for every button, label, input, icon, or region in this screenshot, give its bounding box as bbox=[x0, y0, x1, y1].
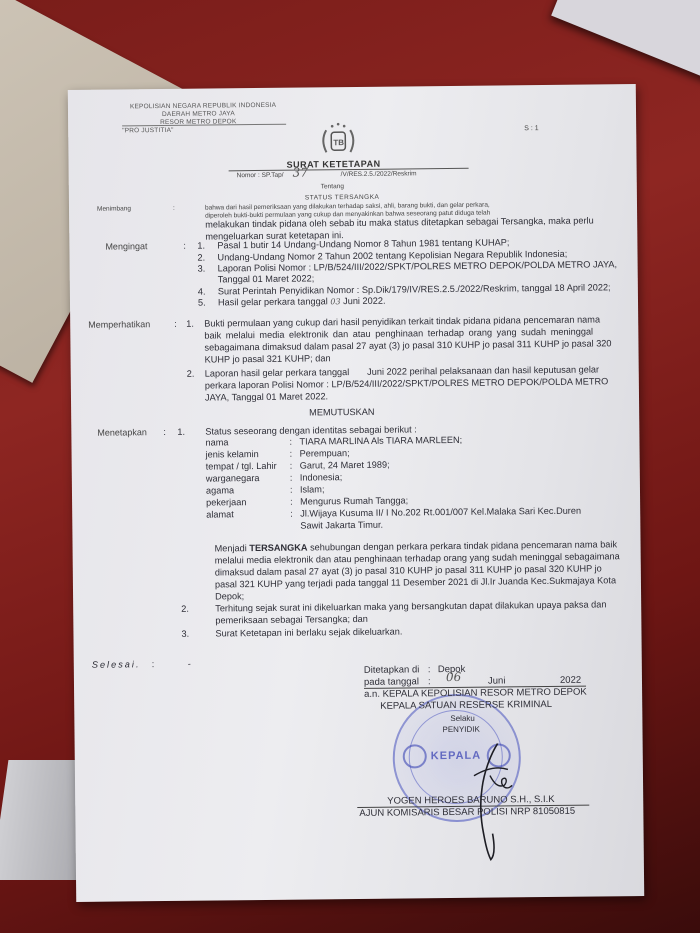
memperhatikan-line: JAYA, Tanggal 01 Maret 2022. bbox=[205, 391, 328, 404]
unit-line: KEPALA SATUAN RESERSE KRIMINAL bbox=[380, 699, 552, 712]
item-text: Juni 2022. bbox=[340, 296, 385, 306]
police-emblem-icon: TB bbox=[318, 122, 358, 156]
menimbang-separator: : bbox=[173, 205, 175, 212]
identity-value: Indonesia; bbox=[300, 472, 343, 484]
menetapkan-label: Menetapkan bbox=[97, 427, 147, 438]
identity-field: tempat / tgl. Lahir bbox=[206, 461, 277, 473]
memperhatikan-line: KUHP jo pasal 321 KUHP; dan bbox=[205, 353, 331, 366]
place-separator: : bbox=[428, 664, 431, 676]
identity-value: Mengurus Rumah Tangga; bbox=[300, 495, 408, 508]
identity-field: nama bbox=[205, 437, 228, 449]
memperhatikan-item-number: 2. bbox=[187, 369, 195, 381]
item-text: Hasil gelar perkara tanggal bbox=[218, 296, 330, 307]
date-day-handwritten: 06 bbox=[446, 670, 461, 684]
identity-value: TIARA MARLINA Als TIARA MARLEEN; bbox=[299, 435, 462, 448]
menetapkan-item-continued: pemeriksaan sebagai Tersangka; dan bbox=[215, 614, 368, 627]
identity-field: warganegara bbox=[206, 473, 260, 485]
identity-value-continued: Sawit Jakarta Timur. bbox=[300, 520, 383, 532]
identity-field: jenis kelamin bbox=[206, 449, 259, 461]
identity-field: agama bbox=[206, 485, 234, 497]
mengingat-item-number: 1. bbox=[197, 241, 205, 253]
document-number-handwritten: 37 bbox=[293, 165, 308, 179]
identity-value: Islam; bbox=[300, 484, 325, 496]
menetapkan-item: Surat Ketetapan ini berlaku sejak dikelu… bbox=[215, 627, 402, 640]
identity-value: Perempuan; bbox=[300, 448, 350, 460]
selesai-label: Selesai. bbox=[92, 659, 141, 671]
menetapkan-item-number: 1. bbox=[177, 427, 185, 439]
role-label: PENYIDIK bbox=[442, 724, 479, 736]
date-month: Juni bbox=[488, 675, 506, 687]
identity-value: Garut, 24 Maret 1989; bbox=[300, 460, 390, 472]
paragraph-text: sehubungan dengan perkara perkara tindak… bbox=[307, 539, 617, 552]
memperhatikan-label: Memperhatikan bbox=[88, 319, 150, 330]
page-reference: S : 1 bbox=[524, 125, 538, 132]
stamp-emblem-icon bbox=[403, 744, 427, 768]
mengingat-item-number: 4. bbox=[198, 287, 206, 299]
document-number-prefix: Nomor : SP.Tap/ bbox=[237, 172, 284, 179]
mengingat-item-continued: Tanggal 01 Maret 2022; bbox=[218, 273, 315, 286]
mengingat-label: Mengingat bbox=[105, 241, 147, 251]
mengingat-item-number: 5. bbox=[198, 298, 206, 310]
mengingat-item: Hasil gelar perkara tanggal 03 Juni 2022… bbox=[218, 296, 386, 309]
mengingat-item-number: 2. bbox=[197, 253, 205, 265]
document-number-suffix: /V/RES.2.5./2022/Reskrim bbox=[341, 170, 417, 178]
date-separator: : bbox=[428, 676, 431, 688]
mengingat-item-number: 3. bbox=[198, 264, 206, 276]
paragraph-line: Depok; bbox=[215, 591, 244, 603]
pro-justitia: "PRO JUSTITIA" bbox=[122, 127, 174, 136]
menetapkan-item-number: 3. bbox=[181, 629, 189, 641]
memutuskan-heading: MEMUTUSKAN bbox=[309, 407, 374, 419]
menetapkan-item: Terhitung sejak surat ini dikeluarkan ma… bbox=[215, 599, 606, 615]
selesai-value: - bbox=[188, 659, 191, 671]
as-label: Selaku bbox=[450, 713, 475, 725]
menimbang-label: Menimbang bbox=[97, 205, 131, 212]
identity-field: pekerjaan bbox=[206, 497, 246, 509]
menetapkan-separator: : bbox=[163, 427, 166, 439]
memperhatikan-item-number: 1. bbox=[186, 319, 194, 331]
document-page: KEPOLISIAN NEGARA REPUBLIK INDONESIA DAE… bbox=[68, 84, 644, 902]
mengingat-separator: : bbox=[183, 241, 186, 253]
about-label: Tentang bbox=[321, 183, 344, 190]
handwritten-date: 03 bbox=[330, 297, 340, 306]
on-behalf-line: a.n. KEPALA KEPOLISIAN RESOR METRO DEPOK bbox=[364, 687, 587, 701]
identity-value: Jl.Wijaya Kusuma II/ I No.202 Rt.001/007… bbox=[300, 506, 581, 520]
place-label: Ditetapkan di bbox=[364, 664, 420, 676]
menetapkan-item-number: 2. bbox=[181, 604, 189, 616]
identity-field: alamat bbox=[206, 509, 234, 521]
paragraph-text: Menjadi bbox=[215, 543, 250, 553]
svg-text:TB: TB bbox=[333, 138, 344, 147]
handwritten-signature-icon bbox=[460, 735, 521, 866]
selesai-separator: : bbox=[152, 659, 155, 671]
date-year: 2022 bbox=[560, 675, 581, 687]
memperhatikan-separator: : bbox=[174, 319, 177, 331]
document-subject: STATUS TERSANGKA bbox=[305, 194, 380, 202]
tersangka-emphasis: TERSANGKA bbox=[249, 543, 307, 554]
